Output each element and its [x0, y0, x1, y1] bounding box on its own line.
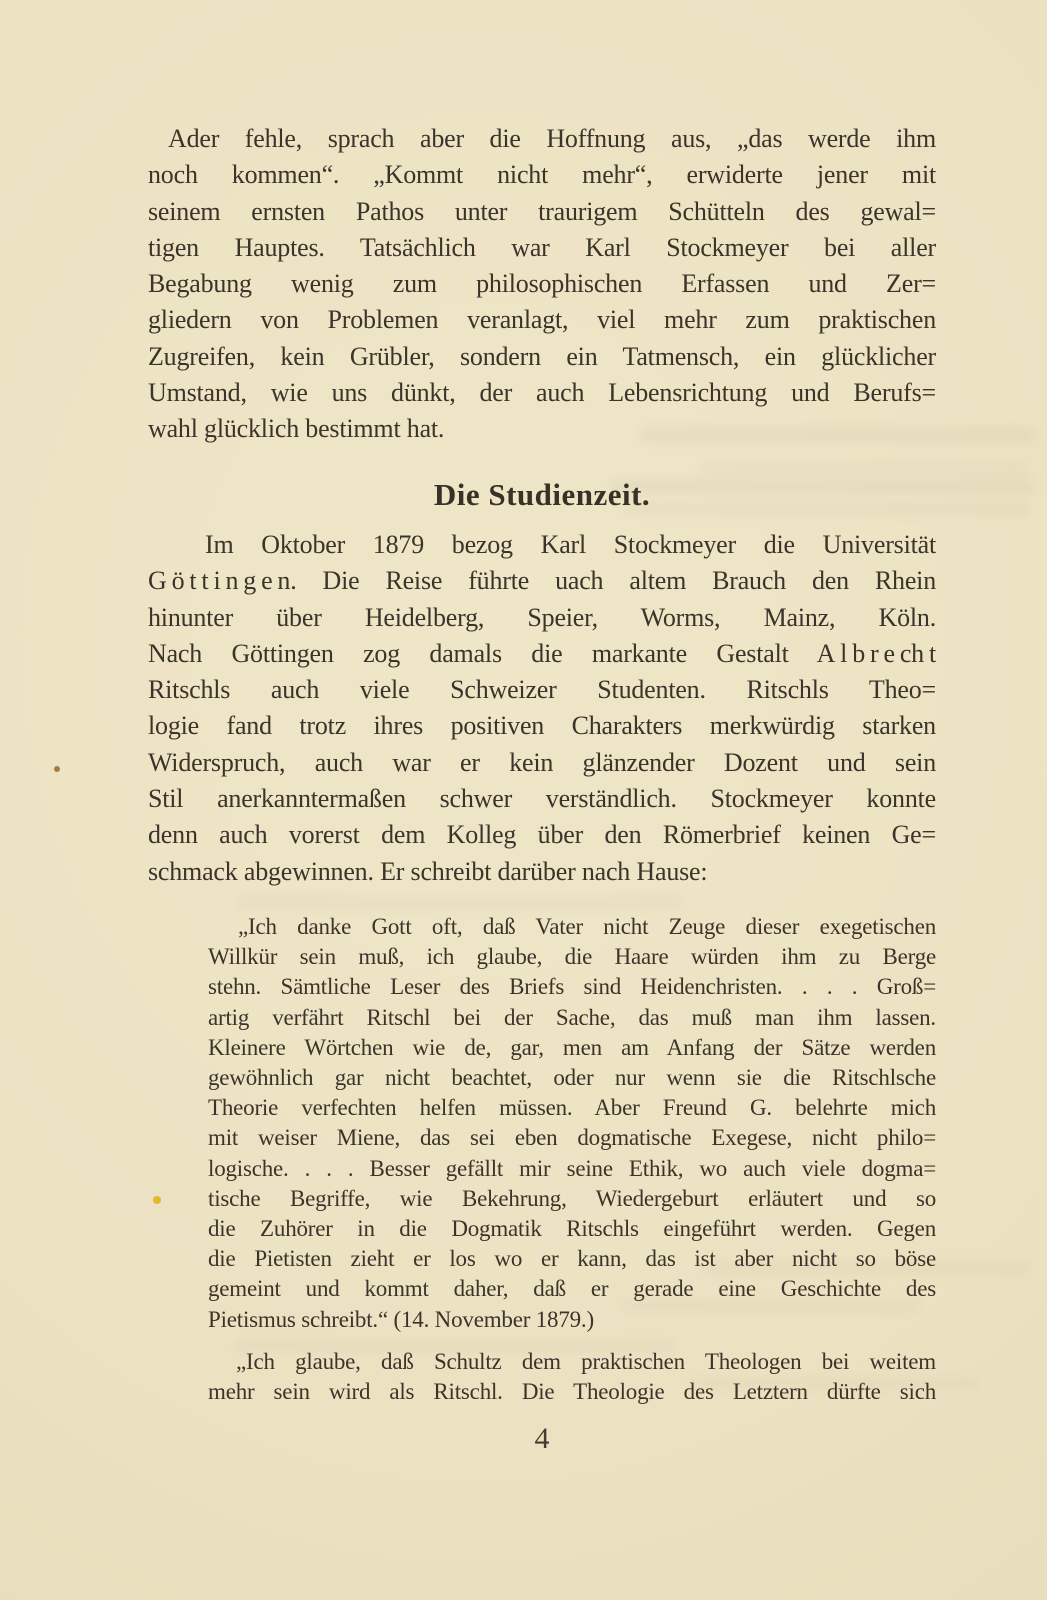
show-through-artifact — [235, 896, 685, 909]
text-line: stehn. Sämtliche Leser des Briefs sind H… — [208, 972, 936, 1002]
text-line: logische. . . . Besser gefällt mir seine… — [208, 1154, 936, 1184]
text-line: Nach Göttingen zog damals die markante G… — [148, 636, 936, 672]
text-line: denn auch vorerst dem Kolleg über den Rö… — [148, 817, 936, 853]
book-page: Ader fehle, sprach aber die Hoffnung aus… — [0, 0, 1047, 1600]
text-line: noch kommen“. „Kommt nicht mehr“, erwide… — [148, 157, 936, 193]
text-line: die Pietisten zieht er los wo er kann, d… — [208, 1244, 936, 1274]
page-number: 4 — [148, 1422, 936, 1456]
text-line: Zugreifen, kein Grübler, sondern ein Tat… — [148, 339, 936, 375]
text-line: artig verfährt Ritschl bei der Sache, da… — [208, 1003, 936, 1033]
text-line: tigen Hauptes. Tatsächlich war Karl Stoc… — [148, 230, 936, 266]
text-line: mit weiser Miene, das sei eben dogmatisc… — [208, 1123, 936, 1153]
text-line: Begabung wenig zum philosophischen Erfas… — [148, 266, 936, 302]
text-line: tische Begriffe, wie Bekehrung, Wiederge… — [208, 1184, 936, 1214]
letter-quote-second: „Ich glaube, daß Schultz dem praktischen… — [208, 1347, 936, 1407]
text-line: gewöhnlich gar nicht beachtet, oder nur … — [208, 1063, 936, 1093]
text-line: „Ich glaube, daß Schultz dem praktischen… — [208, 1347, 936, 1377]
text-line: logie fand trotz ihres positiven Charakt… — [148, 708, 936, 744]
text-line: Widerspruch, auch war er kein glänzender… — [148, 745, 936, 781]
text-line: wahl glücklich bestimmt hat. — [148, 411, 936, 447]
paper-speck — [153, 1196, 161, 1204]
paper-speck — [54, 766, 60, 772]
letter-quote-november-1879: „Ich danke Gott oft, daß Vater nicht Zeu… — [208, 912, 936, 1335]
paragraph-studienzeit: Im Oktober 1879 bezog Karl Stockmeyer di… — [148, 527, 936, 890]
text-line: Pietismus schreibt.“ (14. November 1879.… — [208, 1305, 936, 1335]
text-line: die Zuhörer in die Dogmatik Ritschls ein… — [208, 1214, 936, 1244]
text-line: hinunter über Heidelberg, Speier, Worms,… — [148, 600, 936, 636]
text-line: gemeint und kommt daher, daß er gerade e… — [208, 1274, 936, 1304]
text-line: Stil anerkanntermaßen schwer verständlic… — [148, 781, 936, 817]
text-line: schmack abgewinnen. Er schreibt darüber … — [148, 854, 936, 890]
show-through-artifact — [700, 463, 1030, 475]
text-line: Im Oktober 1879 bezog Karl Stockmeyer di… — [148, 527, 936, 563]
text-line: G ö t t i n g e n. Die Reise führte uach… — [148, 563, 936, 599]
text-line: seinem ernsten Pathos unter traurigem Sc… — [148, 194, 936, 230]
text-line: Ritschls auch viele Schweizer Studenten.… — [148, 672, 936, 708]
section-heading: Die Studienzeit. — [148, 477, 936, 513]
paragraph-continuation: Ader fehle, sprach aber die Hoffnung aus… — [148, 121, 936, 448]
text-line: Kleinere Wörtchen wie de, gar, men am An… — [208, 1033, 936, 1063]
text-line: Willkür sein muß, ich glaube, die Haare … — [208, 942, 936, 972]
text-line: „Ich danke Gott oft, daß Vater nicht Zeu… — [208, 912, 936, 942]
text-line: Ader fehle, sprach aber die Hoffnung aus… — [148, 121, 936, 157]
text-line: mehr sein wird als Ritschl. Die Theologi… — [208, 1377, 936, 1407]
text-line: gliedern von Problemen veranlagt, viel m… — [148, 302, 936, 338]
text-line: Theorie verfechten helfen müssen. Aber F… — [208, 1093, 936, 1123]
text-line: Umstand, wie uns dünkt, der auch Lebensr… — [148, 375, 936, 411]
